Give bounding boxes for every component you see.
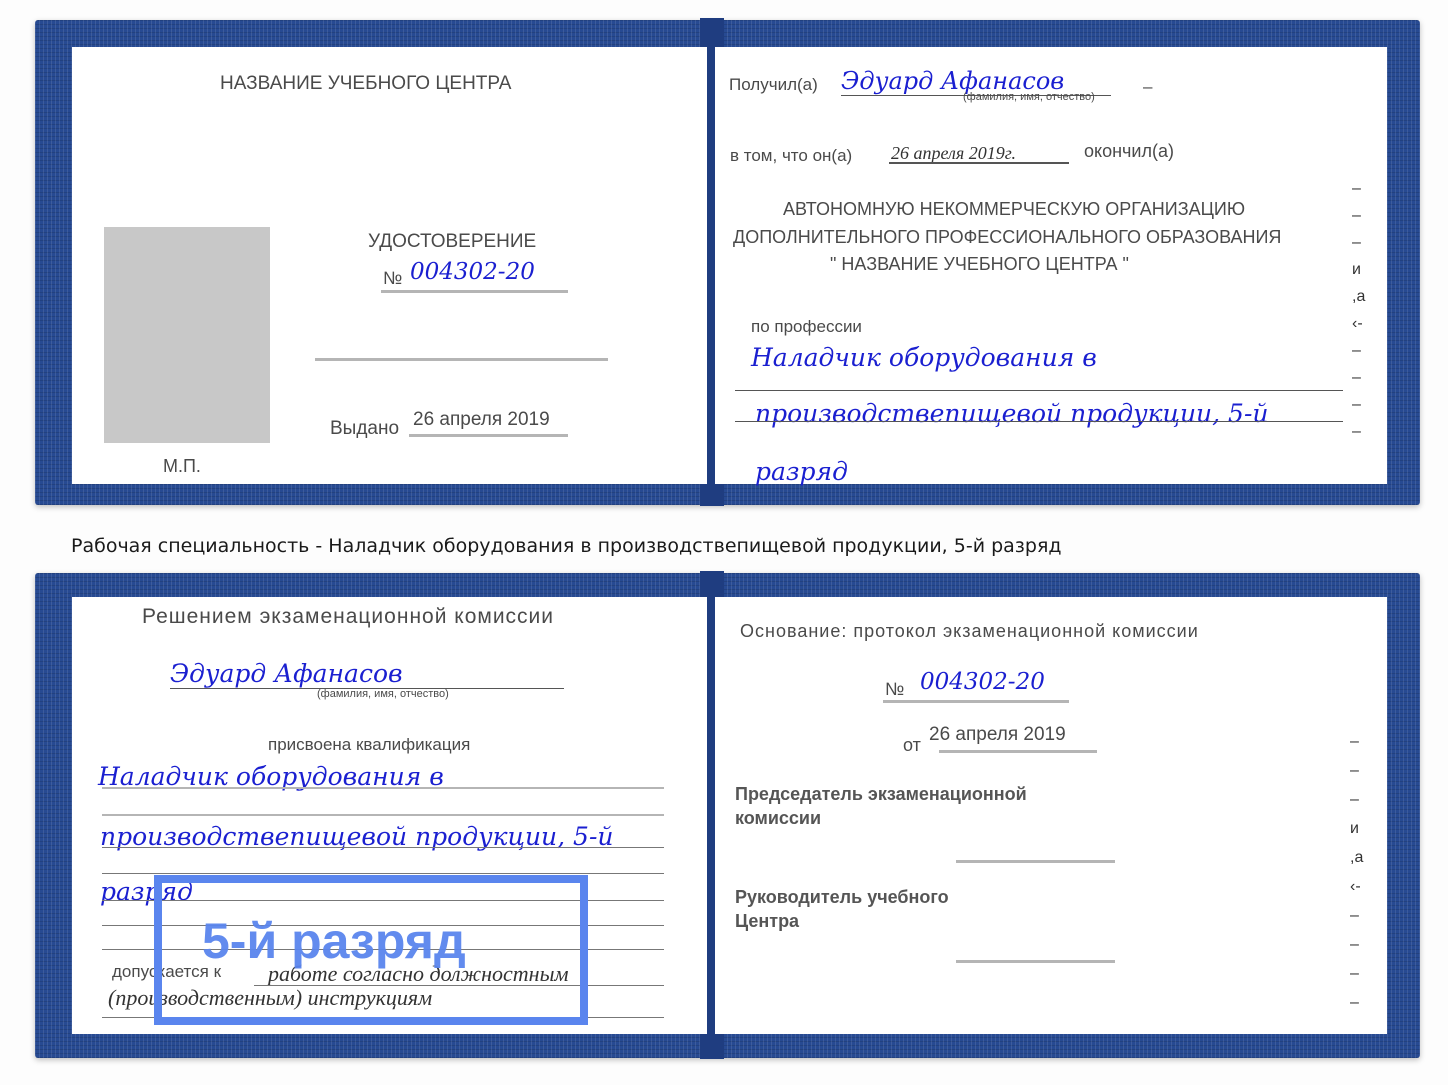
org-line-2: ДОПОЛНИТЕЛЬНОГО ПРОФЕССИОНАЛЬНОГО ОБРАЗО… [733,227,1281,248]
completion-underline [889,162,1069,164]
profession-line-3: разряд [755,457,848,486]
protocol-number: 004302-20 [920,669,1045,695]
dash: – [1143,77,1152,97]
head-line-2: Центра [735,911,799,932]
qualification-rule-2 [102,814,664,816]
edge-marks: –––и,а‹-–––– [1352,175,1365,445]
name-hint: (фамилия, имя, отчество) [963,91,1095,103]
bottom-right-page: Основание: протокол экзаменационной коми… [715,597,1387,1034]
from-label: от [903,735,921,756]
protocol-number-label: № [885,679,904,700]
rank-stamp-text: 5-й разряд [202,912,466,970]
top-right-page: Получил(а) Эдуард Афанасов (фамилия, имя… [715,47,1387,484]
qualification-rule-4 [102,873,664,874]
doc-title: УДОСТОВЕРЕНИЕ [368,231,536,253]
profession-line-2: производствепищевой продукции, 5-й [755,399,1269,428]
chairman-line-1: Председатель экзаменационной [735,784,1027,805]
number-underline [381,290,568,293]
edge-marks: –––и,а‹-–––– [1350,727,1363,1017]
number-label: № [383,268,402,289]
profession-rule-1 [735,390,1343,391]
signature-line [315,358,608,361]
issued-underline [409,434,568,437]
org-line-1: АВТОНОМНУЮ НЕКОММЕРЧЕСКУЮ ОРГАНИЗАЦИЮ [783,199,1245,220]
head-signature-line [956,960,1115,963]
qualification-rule-1 [102,787,664,789]
received-label: Получил(а) [729,75,818,95]
head-line-1: Руководитель учебного [735,887,949,908]
completed-label: окончил(а) [1084,141,1174,162]
qualification-label: присвоена квалификация [268,735,470,755]
protocol-date-underline [939,750,1097,753]
chairman-line-2: комиссии [735,808,821,829]
decision-heading: Решением экзаменационной комиссии [142,605,554,629]
profession-rule-2 [735,421,1343,422]
qualification-rule-3 [102,847,664,848]
issued-date: 26 апреля 2019 [413,409,550,431]
specialty-caption: Рабочая специальность - Наладчик оборудо… [71,534,1071,559]
photo-placeholder [104,227,270,443]
protocol-date: 26 апреля 2019 [929,724,1066,746]
stamp-place-label: М.П. [163,456,201,477]
profession-line-1: Наладчик оборудования в [751,343,1097,372]
name-hint: (фамилия, имя, отчество) [317,688,449,700]
issued-label: Выдано [330,418,399,440]
top-left-page: НАЗВАНИЕ УЧЕБНОГО ЦЕНТРА УДОСТОВЕРЕНИЕ №… [72,47,707,484]
center-name: НАЗВАНИЕ УЧЕБНОГО ЦЕНТРА [220,73,512,95]
profession-label: по профессии [751,317,862,337]
chairman-signature-line [956,860,1115,863]
in-that-label: в том, что он(а) [730,146,852,166]
org-line-3: " НАЗВАНИЕ УЧЕБНОГО ЦЕНТРА " [830,254,1129,275]
protocol-number-underline [883,700,1069,703]
completion-date: 26 апреля 2019г. [891,143,1016,164]
basis-heading: Основание: протокол экзаменационной коми… [740,621,1199,642]
certificate-number: 004302-20 [410,259,535,285]
person-name: Эдуард Афанасов [170,659,403,688]
